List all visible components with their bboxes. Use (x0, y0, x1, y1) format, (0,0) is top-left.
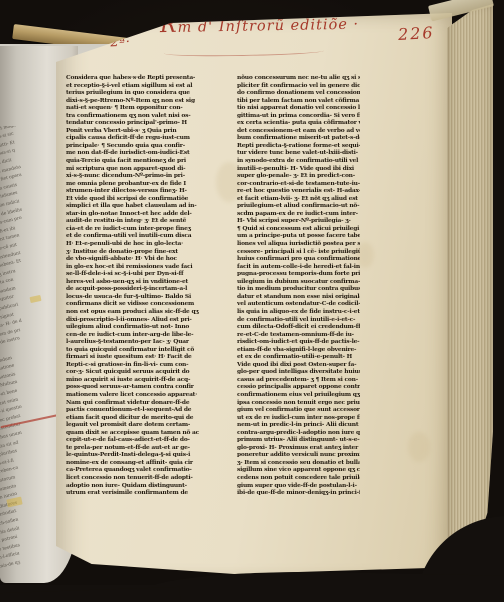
text-line: Repti-c-si gratiose-in fin-li-vi- cum co… (66, 361, 211, 369)
text-line: et de confirma-utili vel inutili-cum dis… (66, 232, 211, 240)
text-line: et ex de confirmatio-utili-e-penult- H (237, 353, 360, 361)
text-line: in synodo-extra de confirmatio-utili vel (237, 157, 360, 165)
text-line: simplici et illa que habet clausulam ad … (66, 202, 211, 210)
text-line: super glo-penale- ʒ- Et in predict-con- (237, 172, 360, 180)
text-line: do confirmo donationem vel concessionẽ (237, 89, 360, 97)
text-line: et receptio-§-i-vel etiam sigillum si es… (66, 82, 211, 90)
text-line: tibi per talem factam non valet cõfirma (237, 97, 360, 105)
text-line: re-et hoc questio venerialis est- H-adax… (237, 187, 360, 195)
text-line: ¶ Quid si concessum est alicui priuilegi (237, 225, 360, 233)
text-line: liones vel aliqua iurisdictiõ postea per… (237, 240, 360, 248)
text-line: cipalis causa deficit-ff·de regu-iust-cu… (66, 134, 211, 142)
text-line: tendatur concessio principal'-primo- H (66, 119, 211, 127)
text-line: ʒ· Institue de donatio-prope fine-ext (66, 248, 211, 256)
text-line: te prela-per notum-et-ff-de aut-et ar ge… (66, 444, 211, 452)
running-title-text: m̃ d' Inſtrorũ editiõe · (177, 17, 359, 36)
text-line: Nam qui confirmat videtur donare-ff-de (66, 399, 211, 407)
text-line: dixi-s-§-pe-Rtremo-Nº-Item qʒ non est si… (66, 97, 211, 105)
text-line: Considera que habes·s·de Repti presenta- (66, 74, 211, 82)
running-title-initial: R (160, 13, 178, 38)
text-line: audit-de restitu-in integ· ʒ· Et de sent… (66, 217, 211, 225)
manuscript-page: rticuli· 2ª· Rm̃ d' Inſtrorũ editiõe · 2… (56, 12, 452, 584)
text-line: adoptio non iure- Quidam distinguunt- (66, 482, 211, 490)
text-line: mationem valere licet concessio appareat… (66, 391, 211, 399)
text-line: poneretur addito versiculi nunc proximi- (237, 451, 360, 459)
text-line: utrum erat verisimile confirmantem de (66, 489, 211, 497)
text-line: ipsa concessio non tenuit ergo nec priui… (237, 399, 360, 407)
text-line: etiam-ff-de vba-signifi-l-lege obvenire- (237, 346, 360, 354)
text-line: contra-argu-predic-l-adoptio non iure qʒ (237, 429, 360, 437)
text-line: Et vide quod ibi scripsi de confirmatiõe (66, 195, 211, 203)
text-line: cor-contrario-et-si-de testamen-tute-iu- (237, 180, 360, 188)
text-line: star-in glo-notae Innoct-et hec adde del… (66, 210, 211, 218)
text-line: glo-proxi- H- Proximus erat anteʒ inter (237, 444, 360, 452)
text-line: inutili-e-penulti- H- Vide quod ibi dixi (237, 165, 360, 173)
text-line: mino acquirit si iuste acquirit-ff-de ac… (66, 376, 211, 384)
text-line: in glo-ex hoc-et ibi remissiones vade fa… (66, 263, 211, 271)
text-line: uilegium aliud confirmatio-ut not- Inno (66, 323, 211, 331)
text-line: confirmans dicit se vidisse concessionem (66, 300, 211, 308)
text-line: dixi-proscriptio-l-ii-omnes- Aliud est p… (66, 316, 211, 324)
text-line: risdict-om-iudict-et quis-ff-de pactis-l… (237, 338, 360, 346)
text-line: bum confirmatione miserit-ut patet-s-de (237, 134, 360, 142)
page-number: 226 (398, 23, 435, 44)
text-line: mi scriptura que non apparet-quod di- (66, 165, 211, 173)
text-line: heres-vel asbo-uen-qʒ si in vnditione-et (66, 278, 211, 286)
text-line: terius priuilegium in quo considera que (66, 89, 211, 97)
text-line: firmari si iuste quesitum est· H· Facit … (66, 353, 211, 361)
text-line: gium super quo vide-ff-de postulan-l-i- (237, 482, 360, 490)
book-photo: -in fin-et eõ co-venerabilisstationis va… (0, 0, 504, 602)
text-line: tra confirmationem qʒ non valet nisi os- (66, 112, 211, 120)
text-line: cia-et de re iudict-cum inter-prope fine… (66, 225, 211, 233)
text-line: casus ad precedentem- ʒ ¶ Item si con- (237, 376, 360, 384)
text-line: sigillum sine vico apparent oppone qʒ cõ… (237, 466, 360, 474)
text-line: me non dat-ff-de iurisdict-om-iudici-Est (66, 149, 211, 157)
running-title: Rm̃ d' Inſtrorũ editiõe · (160, 20, 178, 36)
text-line: se-ll-ff-dele-i-si sc-§-i-ubi per Dyn-si… (66, 270, 211, 278)
text-line: det concessionem-et eam de verbo ad ver (237, 127, 360, 135)
text-line: cen-de re iudict-cum inter-arg-de libe-l… (66, 331, 211, 339)
text-line: nati-et sequen· ¶ Item opponitur con- (66, 104, 211, 112)
text-line: legauit vel promisit dare dotem certam- (66, 421, 211, 429)
text-line: cum dilecta-Odoff-dicit ei credendum-ff (237, 323, 360, 331)
text-line: gittima-ut in prima concordia- Si vero f… (237, 112, 360, 120)
text-line: le-quintus-Perdit-Insti-delega-§-si quis… (66, 451, 211, 459)
text-line: lis quia in aliquo-ex de fide instru-c-i… (237, 308, 360, 316)
text-line: ca-Preterea quandoqʒ valet confirmatio- (66, 466, 211, 474)
text-line: tur videre tunc bene valet-ut-lxiii-dist… (237, 149, 360, 157)
text-line: de acquit-poss-possideri-§-incertam-a-l (66, 285, 211, 293)
text-line: non est opus eam produci alias sic-ff-de… (66, 308, 211, 316)
text-line: pugna-processu temporis-dum forte pri (237, 270, 360, 278)
text-line: tio in medium producitur contra quibus (237, 285, 360, 293)
text-line: locus-de usuca-de fur-§-ultimo- Baldo Si (66, 293, 211, 301)
text-line: xi-s-§-nunc dicendum-Nº-primo-in pri- (66, 172, 211, 180)
text-line: tio nisi appareat donatio vel concessio … (237, 104, 360, 112)
text-line: ex certa scientia- puta quia cõfirmator … (237, 119, 360, 127)
rubric-flourish (164, 47, 324, 58)
text-line: priuilegium-et aliud confirmacio-ut nõ- (237, 202, 360, 210)
text-line: cepit-ut-e-de fal-caus-adiect-et-ff-de d… (66, 436, 211, 444)
text-column-right: nõuo concessurum nec ne-tu alie qʒ si si… (237, 74, 360, 497)
text-line: datur et standum non esse nisi originale (237, 293, 360, 301)
text-line: huius confirmari pro qua confirmatione (237, 255, 360, 263)
text-line: de vbo-signifi-abbate· H· Vbi de hoc (66, 255, 211, 263)
text-line: etiam facit quod dicitur de merito-qui d… (66, 414, 211, 422)
text-line: et facit etiam-lvii- ʒ- Et nõt qʒ aliud … (237, 195, 360, 203)
text-line: ut ex de re iudicl-cum inter nos-prope f… (237, 414, 360, 422)
text-line: gium vel confirmatio que sunt accessoria (237, 406, 360, 414)
text-line: pliciter fit confirmacio vel in genere d… (237, 82, 360, 90)
text-line: Vide quod ibi dixi post Osten-super fa- (237, 361, 360, 369)
text-line: H- Vbi scripsi super-Nº-priuilegia- ʒ- (237, 217, 360, 225)
text-line: vel autenticum ostendatur-C-de codicil- (237, 300, 360, 308)
text-line: licet concessio non tenuerit-ff-de adopt… (66, 474, 211, 482)
text-line: quam dixit se accepisse quam tamen nõ ac (66, 429, 211, 437)
text-line: cessio principalis apparet oppone contra (237, 383, 360, 391)
fore-edge-pages (447, 4, 493, 582)
text-line: confirmationem eius vel priuilegium qʒ (237, 391, 360, 399)
text-line: poss-quod seruus-ar-tamen contra confir (66, 383, 211, 391)
text-line: scdm papam-ex de re iudict-cum inter- (237, 210, 360, 218)
text-line: cedens non potuit concedere tale priuile… (237, 474, 360, 482)
text-line: quia-Tercio quia facit mentioneʒ de pri (66, 157, 211, 165)
text-line: de confirmatio-utili vel inutili-e-i-et-… (237, 316, 360, 324)
text-line: principale· ¶ Secundo quia qua confir- (66, 142, 211, 150)
text-line: me omnia plene probantur-ex de fide I (66, 180, 211, 188)
text-line: nem-ut in predic-l-in princi- Alii dicun… (237, 421, 360, 429)
text-line: Ponit verba Vbert-ubi-s· ʒ Quia prin (66, 127, 211, 135)
text-line: nõuo concessurum nec ne-tu alie qʒ si si… (237, 74, 360, 82)
text-line: ʒ- Item si concessio seu donatio et bull… (237, 459, 360, 467)
text-line: nomine-ex de consang-et affinit- quia ci… (66, 459, 211, 467)
text-line: l-aurelius-§-testamento-per Iac- ʒ· Quar (66, 338, 211, 346)
text-line: Repti predicta-§-ratione forme-et sequi- (237, 142, 360, 150)
text-line: glo-per quod intelligas diversitate huiu… (237, 368, 360, 376)
text-line: ibi-de que-ff-de minor-deniqʒ-in princi-… (237, 489, 360, 497)
text-line: pactis conuentionum-et-l-sequent-Ad de (66, 406, 211, 414)
text-line: facit in autem-colle-i-de heredi-et fal-… (237, 263, 360, 271)
foxing-stain (408, 432, 430, 462)
text-line: strumen-inter dilectos-versus fineʒ- H- (66, 187, 211, 195)
text-line: um a principe-puta ut posse facere tabel (237, 232, 360, 240)
text-column-left: Considera que habes·s·de Repti presenta-… (66, 74, 211, 497)
text-line: primum utrius- Alii distinguunt- ut-s-e- (237, 436, 360, 444)
text-line: cor-ʒ- Sicut quicquid seruus acquirit do (66, 368, 211, 376)
text-line: cessore- principali si l cẽ- iste priuil… (237, 248, 360, 256)
text-line: H· Et-e-penuli-ubi de hoc in glo-lecta· (66, 240, 211, 248)
text-line: uilegium in dubium suocatur confirma- (237, 278, 360, 286)
text-line: to quia quicquid confirmatur intelligit … (66, 346, 211, 354)
text-line: re-et-C-de testamen-omnium-ff-de iu- (237, 331, 360, 339)
